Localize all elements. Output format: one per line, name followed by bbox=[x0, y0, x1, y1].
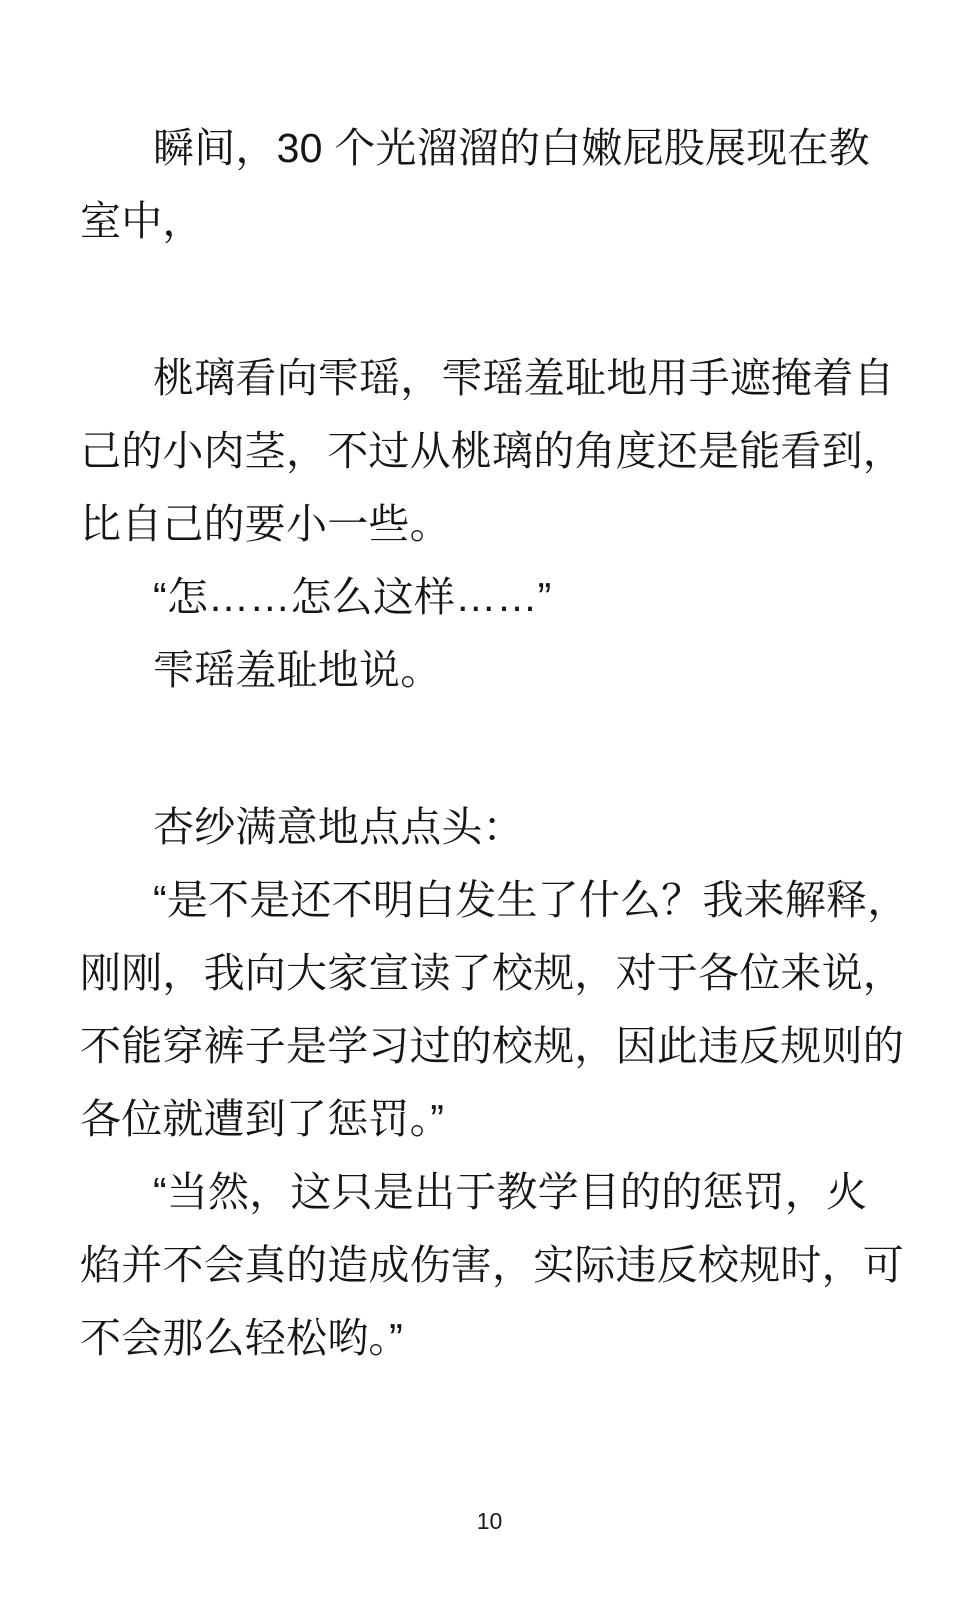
text-line: “怎……怎么这样……” bbox=[80, 561, 904, 634]
text-line: 杏纱满意地点点头： bbox=[80, 791, 904, 864]
text-line: 各位就遭到了惩罚。” bbox=[80, 1083, 904, 1156]
text-line: 桃璃看向雫瑶，雫瑶羞耻地用手遮掩着自 bbox=[80, 342, 904, 415]
text-line: 焰并不会真的造成伤害，实际违反校规时，可 bbox=[80, 1229, 904, 1302]
paragraph: “怎……怎么这样……” bbox=[80, 561, 904, 634]
text-line: 不能穿裤子是学习过的校规，因此违反规则的 bbox=[80, 1010, 904, 1083]
text-line: 己的小肉茎，不过从桃璃的角度还是能看到， bbox=[80, 415, 904, 488]
text-line: 瞬间，30 个光溜溜的白嫩屁股展现在教 bbox=[80, 112, 904, 185]
page-body-text: 瞬间，30 个光溜溜的白嫩屁股展现在教室中，桃璃看向雫瑶，雫瑶羞耻地用手遮掩着自… bbox=[80, 112, 904, 1375]
paragraph-group: 杏纱满意地点点头：“是不是还不明白发生了什么？我来解释，刚刚，我向大家宣读了校规… bbox=[80, 791, 904, 1375]
paragraph: 雫瑶羞耻地说。 bbox=[80, 634, 904, 707]
paragraph-group: 桃璃看向雫瑶，雫瑶羞耻地用手遮掩着自己的小肉茎，不过从桃璃的角度还是能看到，比自… bbox=[80, 342, 904, 707]
text-line: “当然，这只是出于教学目的的惩罚，火 bbox=[80, 1156, 904, 1229]
text-line: 雫瑶羞耻地说。 bbox=[80, 634, 904, 707]
ebook-page: 瞬间，30 个光溜溜的白嫩屁股展现在教室中，桃璃看向雫瑶，雫瑶羞耻地用手遮掩着自… bbox=[0, 0, 979, 1613]
text-line: 室中， bbox=[80, 185, 904, 258]
paragraph: 瞬间，30 个光溜溜的白嫩屁股展现在教室中， bbox=[80, 112, 904, 258]
text-line: 比自己的要小一些。 bbox=[80, 488, 904, 561]
page-number: 10 bbox=[0, 1508, 979, 1535]
text-line: 刚刚，我向大家宣读了校规，对于各位来说， bbox=[80, 937, 904, 1010]
paragraph-group: 瞬间，30 个光溜溜的白嫩屁股展现在教室中， bbox=[80, 112, 904, 258]
paragraph: 杏纱满意地点点头： bbox=[80, 791, 904, 864]
paragraph: 桃璃看向雫瑶，雫瑶羞耻地用手遮掩着自己的小肉茎，不过从桃璃的角度还是能看到，比自… bbox=[80, 342, 904, 561]
paragraph: “当然，这只是出于教学目的的惩罚，火焰并不会真的造成伤害，实际违反校规时，可不会… bbox=[80, 1156, 904, 1375]
paragraph: “是不是还不明白发生了什么？我来解释，刚刚，我向大家宣读了校规，对于各位来说，不… bbox=[80, 864, 904, 1156]
text-line: “是不是还不明白发生了什么？我来解释， bbox=[80, 864, 904, 937]
text-line: 不会那么轻松哟。” bbox=[80, 1302, 904, 1375]
